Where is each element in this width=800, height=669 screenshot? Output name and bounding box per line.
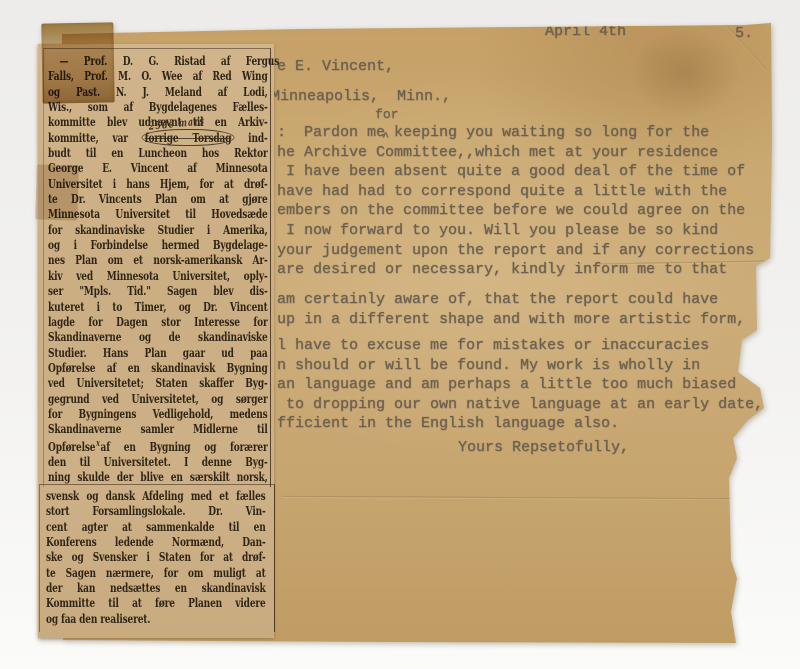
letter-paper-wrap: April 4th 5. e E. Vincent,Minneapolis, M… xyxy=(0,0,800,669)
letter-page-number: 5. xyxy=(735,24,753,44)
letter-paragraph-1: : Pardon mefor^keeping you waiting so lo… xyxy=(277,121,754,280)
line-fragment: ind- xyxy=(234,130,267,145)
line-fragment: : Pardon me xyxy=(277,124,385,141)
clipping-text-line: Skandinaverne og de skandinaviske xyxy=(48,329,268,344)
line-fragment: af en Bygning og forærer xyxy=(101,439,268,454)
annotated-phrase: 25de marsforrige Torsdag xyxy=(142,130,234,145)
clipping-text-line: svensk og dansk Afdeling med et fælles xyxy=(46,488,266,503)
clipping-column-piece-1: — Prof. D. G. Ristad af FergusFalls, Pro… xyxy=(43,48,271,487)
clipping-text-line: Kommitte til at føre Planen videre xyxy=(46,595,266,610)
line-fragment: Opførelse xyxy=(48,439,95,454)
letter-closing: Yours Repsetofully, xyxy=(458,438,629,458)
clipping-text-line: Skandinaverne samler Midlerne til xyxy=(48,421,268,436)
clipping-text-line: Konferens ledende Normænd, Dan- xyxy=(46,534,266,549)
clipping-text-line: for Bygningens Vedligehold, medens xyxy=(48,406,268,421)
typed-text-line: I now forward to you. Will you please be… xyxy=(277,221,754,241)
clipping-column-piece-2: svensk og dansk Afdeling med et fællesst… xyxy=(39,484,275,632)
line-fragment: kommitte, var xyxy=(48,130,142,145)
typed-text-line: : Pardon mefor^keeping you waiting so lo… xyxy=(277,121,754,143)
clipping-text-line: ved Universitetet; Staten skaffer Byg- xyxy=(48,375,268,390)
clipping-text-line: George E. Vincent af Minnesota xyxy=(48,160,268,175)
ink-mark: x xyxy=(96,439,100,449)
clipping-text-line: den til Universitetet. I denne Byg- xyxy=(48,454,268,469)
clipping-text-line: te Dr. Vincents Plan om at gjøre xyxy=(48,191,268,206)
typed-text-line: I have been absent quite a good deal of … xyxy=(277,162,754,182)
typed-text-line: Minneapolis, Minn., xyxy=(271,82,451,112)
clipping-text-line: lagde for Dagen stor Interesse for xyxy=(48,314,268,329)
clipping-text-line: nes Plan om et norsk-amerikansk Ar- xyxy=(48,252,268,267)
insertion-caret: ^ xyxy=(382,128,389,148)
clipping-text-line: ning skulde der blive en særskilt norsk, xyxy=(48,469,268,484)
line-fragment: keeping you waiting so long for the xyxy=(394,124,709,141)
typed-text-line: e E. Vincent, xyxy=(277,52,451,82)
typed-text-line: to dropping our own native language at a… xyxy=(277,395,763,415)
letter-paragraph-2: am certainly aware of, that the report c… xyxy=(277,290,745,329)
clipping-text-line: Studier. Hans Plan gaar ud paa xyxy=(48,345,268,360)
clipping-text-line: og faa den realiseret. xyxy=(46,611,266,626)
clipping-text-line: Universitet i hans Hjem, for at drøf- xyxy=(48,176,268,191)
paper-wrinkle xyxy=(630,28,740,118)
clipping-text-line: ser "Mpls. Tid." Sagen blev dis- xyxy=(48,283,268,298)
typed-text-line: are desired or necessary, kindly inform … xyxy=(277,260,754,280)
tape-top-left xyxy=(41,22,114,103)
typed-text-line: am certainly aware of, that the report c… xyxy=(277,290,745,310)
typed-text-line: fficient in the English language also. xyxy=(277,414,763,434)
clipping-text-line: budt til en Luncheon hos Rektor xyxy=(48,145,268,160)
paper-crease xyxy=(282,496,734,500)
typed-text-line: n should or will be found. My work is wh… xyxy=(277,356,763,376)
clipping-text-line: kommitte, var 25de marsforrige Torsdag i… xyxy=(48,130,268,145)
clipping-text-line: te Sagen nærmere, for om muligt at xyxy=(46,565,266,580)
typed-text-line: an language and am perhaps a little too … xyxy=(277,375,763,395)
clipping-text-line: kuteret i to Timer, og Dr. Vincent xyxy=(48,299,268,314)
clipping-text-line: Opførelse af en skandinavisk Bygning xyxy=(48,360,268,375)
typed-text-line: have had had to correspond quite a littl… xyxy=(277,182,754,202)
clipping-text-line: kiv ved Minnesota Universitet, oply- xyxy=(48,268,268,283)
scanned-document: April 4th 5. e E. Vincent,Minneapolis, M… xyxy=(0,0,800,669)
tape-left-edge xyxy=(35,164,79,220)
typed-text-line: embers on the committee before we could … xyxy=(277,201,754,221)
newspaper-clipping: — Prof. D. G. Ristad af FergusFalls, Pro… xyxy=(38,44,274,638)
typed-insertion: for^ xyxy=(385,121,394,136)
clipping-text-line: stort Forsamlingslokale. Dr. Vin- xyxy=(46,503,266,518)
clipping-text-line: Opførelsexaf en Bygning og forærer xyxy=(48,437,268,455)
typed-text-line: he Archive Committee,,which met at your … xyxy=(277,143,754,163)
typed-text-line: up in a different shape and with more ar… xyxy=(277,310,745,330)
typed-text-line: your judgement upon the report and if an… xyxy=(277,241,754,261)
typed-text-line: l have to excuse me for mistakes or inac… xyxy=(277,336,763,356)
clipping-text-line: der kan nedsættes en skandinavisk xyxy=(46,580,266,595)
letter-date: April 4th xyxy=(545,22,626,42)
clipping-text-line: Minnesota Universitet til Hovedsæde xyxy=(48,206,268,221)
clipping-text-line: gegrund ved Universitetet, og sørger xyxy=(48,391,268,406)
clipping-text-line: ske og Svensker i Staten for at drøf- xyxy=(46,549,266,564)
inserted-word: for xyxy=(375,105,398,125)
clipping-text-line: cent agter at sammenkalde til en xyxy=(46,519,266,534)
letter-address: e E. Vincent,Minneapolis, Minn., xyxy=(277,52,451,112)
clipping-text-line: og i Forbindelse hermed Bygdelage- xyxy=(48,237,268,252)
clipping-text-line: for skandinaviske Studier i Amerika, xyxy=(48,222,268,237)
letter-paragraph-2-continued: l have to excuse me for mistakes or inac… xyxy=(277,336,763,434)
